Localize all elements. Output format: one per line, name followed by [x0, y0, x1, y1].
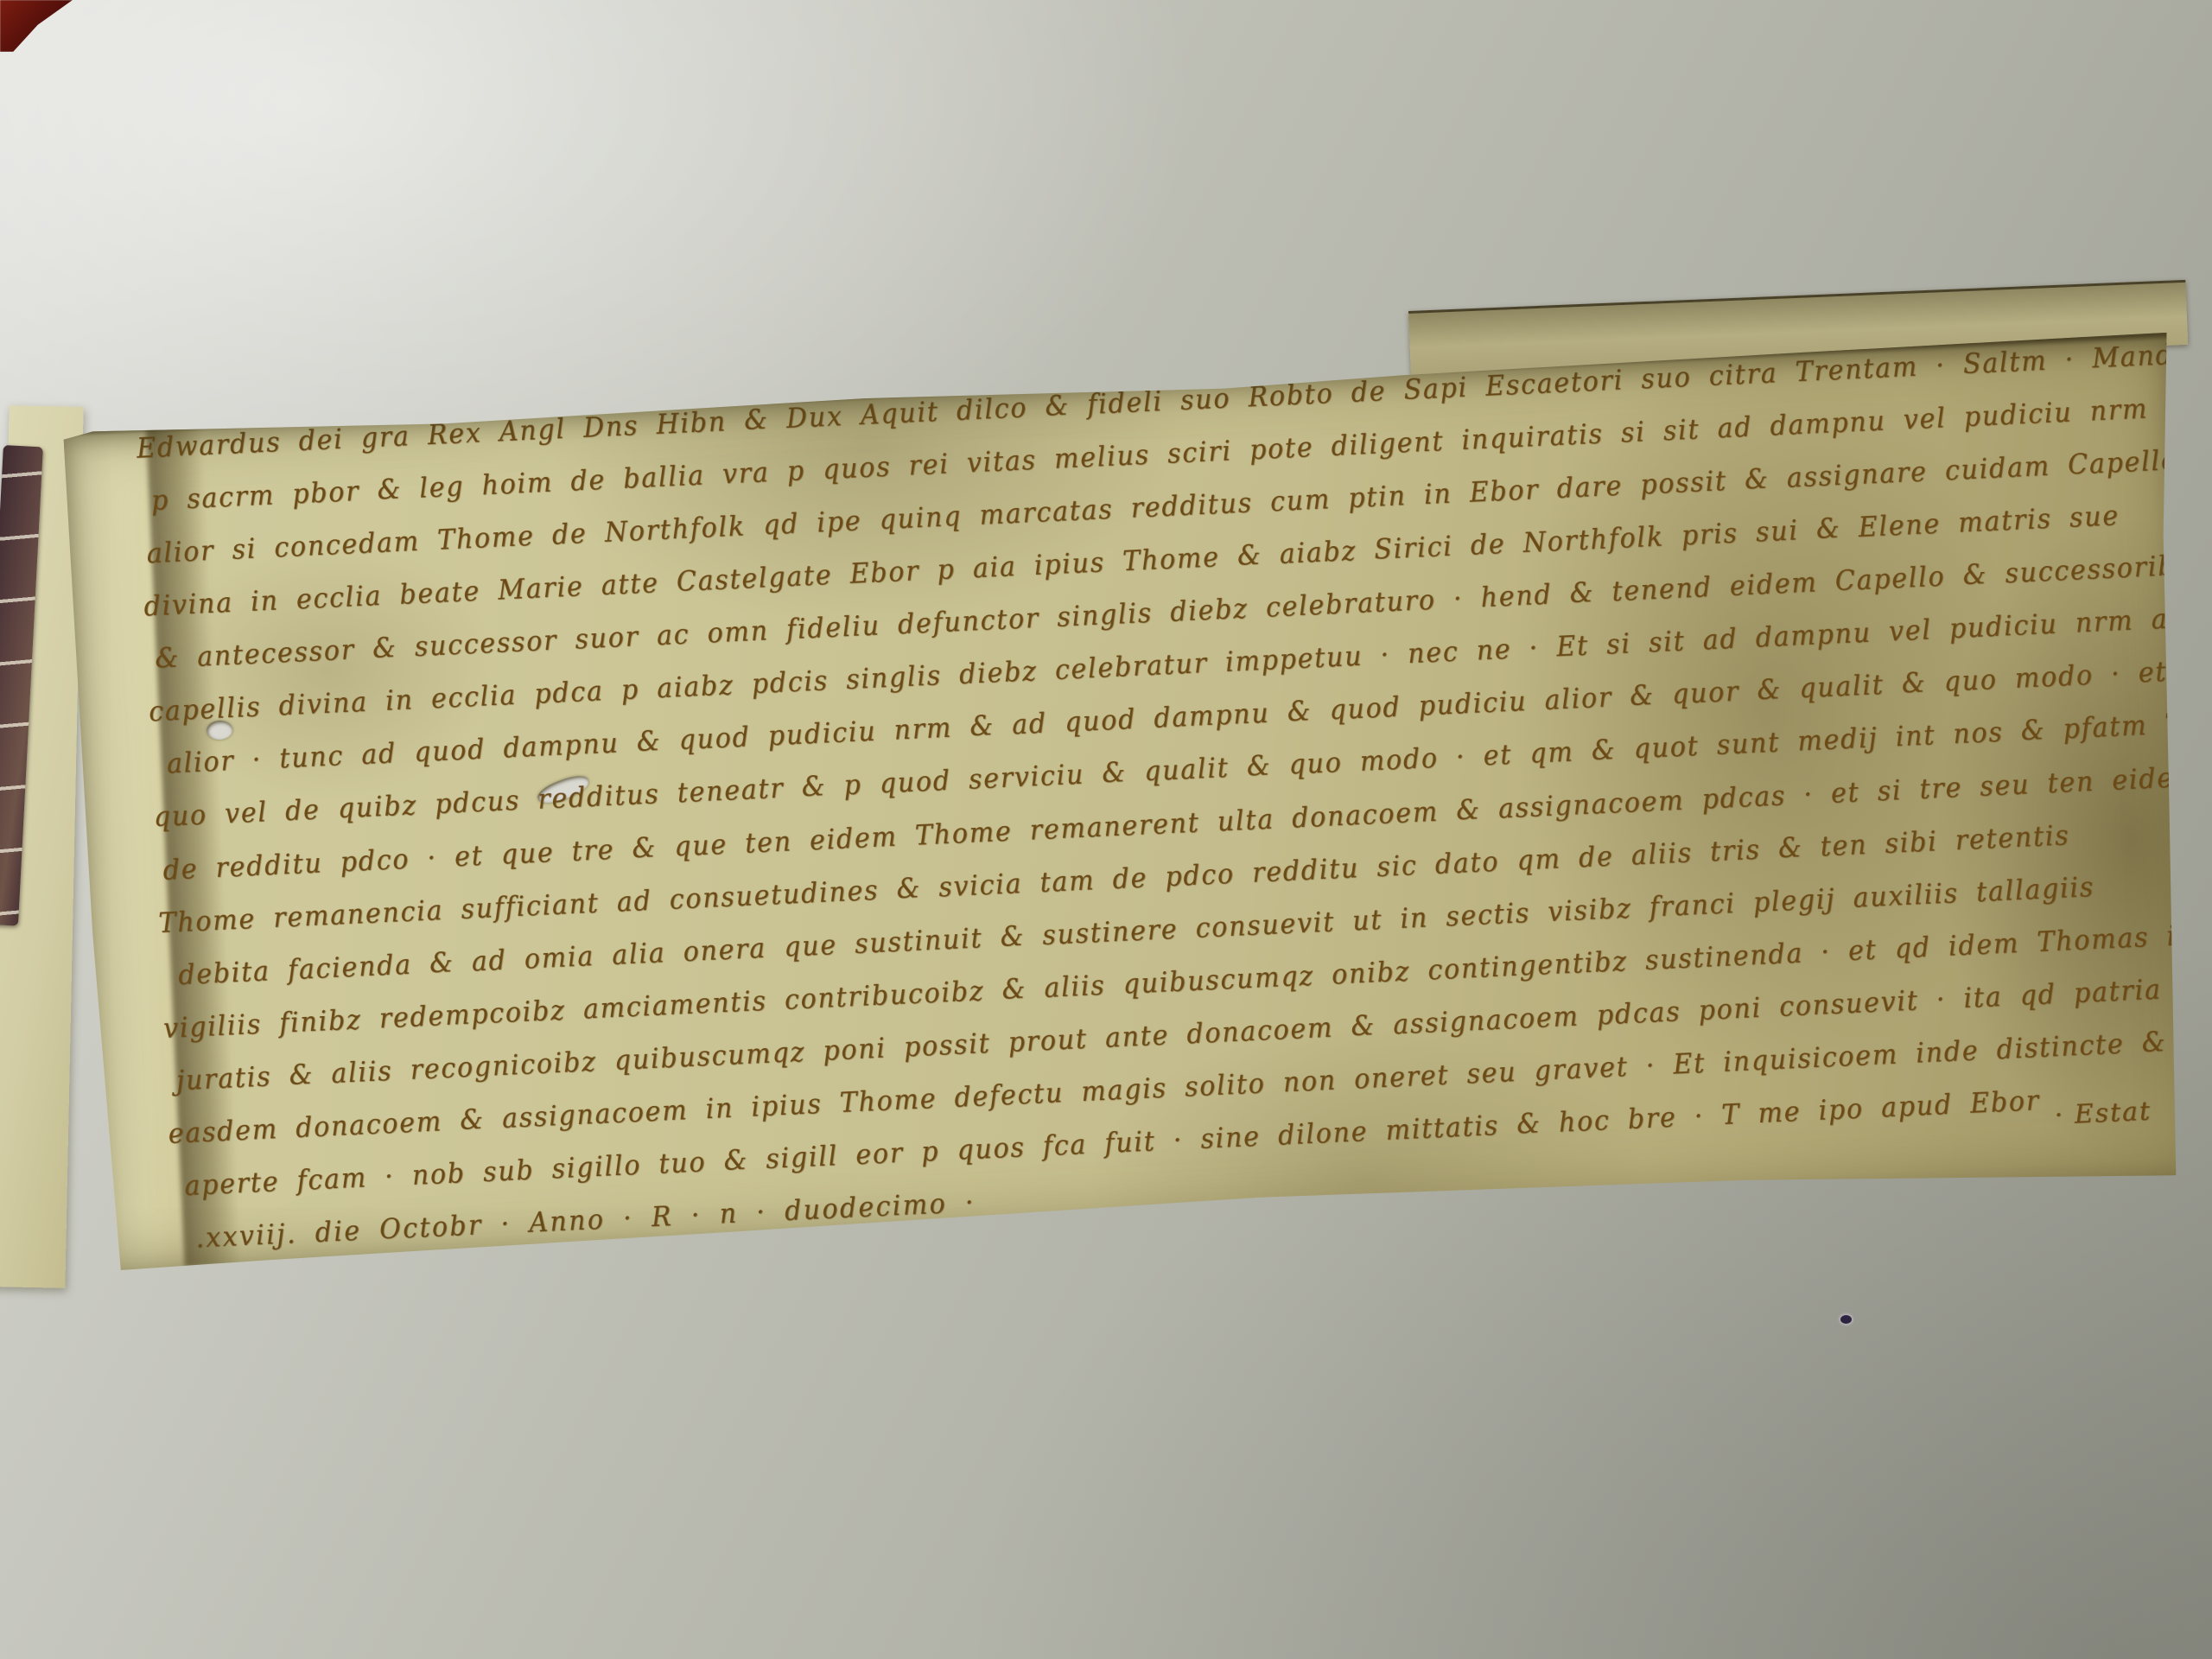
corner-object	[0, 0, 73, 52]
clerk-signature-mark: · Estat	[2054, 1096, 2152, 1131]
manuscript-text: Edwardus dei gra Rex Angl Dns Hibn & Dux…	[136, 344, 2172, 1253]
parchment-document: Edwardus dei gra Rex Angl Dns Hibn & Dux…	[63, 333, 2209, 1271]
surface-speck	[1840, 1315, 1852, 1324]
photo-background: Edwardus dei gra Rex Angl Dns Hibn & Dux…	[0, 0, 2212, 1659]
